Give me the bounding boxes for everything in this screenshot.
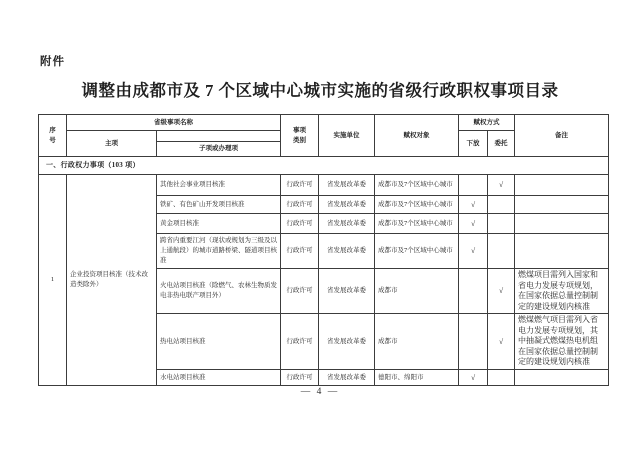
delegate-check-cell [459, 175, 488, 196]
sub-item-cell: 铁矿、有色矿山开发项目核准 [157, 196, 281, 214]
entrust-check-cell [488, 214, 515, 234]
delegate-check-cell: √ [459, 369, 488, 385]
unit-cell: 省发展改革委 [319, 314, 375, 370]
target-cell: 德阳市、绵阳市 [375, 369, 459, 385]
entrust-check-cell [488, 196, 515, 214]
attachment-label: 附件 [40, 53, 65, 69]
sub-item-cell: 其他社会事业项目核准 [157, 175, 281, 196]
header-method-group: 赋权方式 [459, 115, 515, 131]
main-item-cell: 企业投资项目核准（技术改造类除外） [67, 175, 157, 386]
category-cell: 行政许可 [281, 214, 319, 234]
unit-cell: 省发展改革委 [319, 269, 375, 314]
header-unit: 实施单位 [319, 115, 375, 157]
unit-cell: 省发展改革委 [319, 234, 375, 269]
target-cell: 成都市及7个区域中心城市 [375, 214, 459, 234]
category-cell: 行政许可 [281, 175, 319, 196]
document-page: 附件 调整由成都市及 7 个区域中心城市实施的省级行政职权事项目录 序 号 省级… [0, 0, 640, 452]
target-cell: 成都市 [375, 269, 459, 314]
target-cell: 成都市及7个区域中心城市 [375, 175, 459, 196]
header-remark: 备注 [515, 115, 609, 157]
entrust-check-cell [488, 369, 515, 385]
sub-item-cell: 跨省内重要江河（现状或规划为三级及以上通航段）的城市道路桥梁、隧道项目核准 [157, 234, 281, 269]
header-main: 主项 [67, 131, 157, 157]
unit-cell: 省发展改革委 [319, 175, 375, 196]
page-number: — 4 — [0, 387, 640, 397]
header-delegate: 下放 [459, 131, 488, 157]
category-cell: 行政许可 [281, 269, 319, 314]
target-cell: 成都市及7个区域中心城市 [375, 196, 459, 214]
delegate-check-cell [459, 314, 488, 370]
table-row: 1企业投资项目核准（技术改造类除外）其他社会事业项目核准行政许可省发展改革委成都… [39, 175, 609, 196]
category-cell: 行政许可 [281, 234, 319, 269]
delegate-check-cell: √ [459, 234, 488, 269]
header-entrust: 委托 [488, 131, 515, 157]
remark-cell [515, 369, 609, 385]
delegate-check-cell [459, 269, 488, 314]
page-title: 调整由成都市及 7 个区域中心城市实施的省级行政职权事项目录 [0, 77, 640, 101]
remark-cell [515, 175, 609, 196]
table-body: 1企业投资项目核准（技术改造类除外）其他社会事业项目核准行政许可省发展改革委成都… [39, 175, 609, 386]
delegate-check-cell: √ [459, 196, 488, 214]
remark-cell [515, 234, 609, 269]
target-cell: 成都市 [375, 314, 459, 370]
unit-cell: 省发展改革委 [319, 369, 375, 385]
authority-items-table-wrap: 序 号 省级事项名称 事项 类别 实施单位 赋权对象 赋权方式 备注 主项 下放… [38, 114, 609, 386]
remark-cell [515, 214, 609, 234]
delegate-check-cell: √ [459, 214, 488, 234]
entrust-check-cell [488, 234, 515, 269]
header-sub-spacer [157, 131, 281, 142]
header-category: 事项 类别 [281, 115, 319, 157]
remark-cell: 燃煤项目需列入国家和省电力发展专项规划，在国家依据总量控制制定的建设规划内核准 [515, 269, 609, 314]
header-sub: 子项或办理项 [157, 142, 281, 157]
category-cell: 行政许可 [281, 369, 319, 385]
row-number-cell: 1 [39, 175, 67, 386]
section-title: 一、行政权力事项（103 项） [39, 157, 609, 175]
entrust-check-cell: √ [488, 175, 515, 196]
category-cell: 行政许可 [281, 314, 319, 370]
sub-item-cell: 黄金项目核准 [157, 214, 281, 234]
sub-item-cell: 火电站项目核准（除燃气、农林生物质发电非热电联产项目外） [157, 269, 281, 314]
header-no: 序 号 [39, 115, 67, 157]
section-row: 一、行政权力事项（103 项） [39, 157, 609, 175]
unit-cell: 省发展改革委 [319, 214, 375, 234]
unit-cell: 省发展改革委 [319, 196, 375, 214]
header-row-1: 序 号 省级事项名称 事项 类别 实施单位 赋权对象 赋权方式 备注 [39, 115, 609, 131]
sub-item-cell: 水电站项目核准 [157, 369, 281, 385]
category-cell: 行政许可 [281, 196, 319, 214]
entrust-check-cell: √ [488, 269, 515, 314]
table-head: 序 号 省级事项名称 事项 类别 实施单位 赋权对象 赋权方式 备注 主项 下放… [39, 115, 609, 175]
target-cell: 成都市及7个区域中心城市 [375, 234, 459, 269]
sub-item-cell: 热电站项目核准 [157, 314, 281, 370]
authority-items-table: 序 号 省级事项名称 事项 类别 实施单位 赋权对象 赋权方式 备注 主项 下放… [38, 114, 609, 386]
entrust-check-cell: √ [488, 314, 515, 370]
remark-cell: 燃煤燃气项目需列入省电力发展专项规划，其中抽凝式燃煤热电机组在国家依据总量控制制… [515, 314, 609, 370]
header-name-group: 省级事项名称 [67, 115, 281, 131]
remark-cell [515, 196, 609, 214]
header-target: 赋权对象 [375, 115, 459, 157]
